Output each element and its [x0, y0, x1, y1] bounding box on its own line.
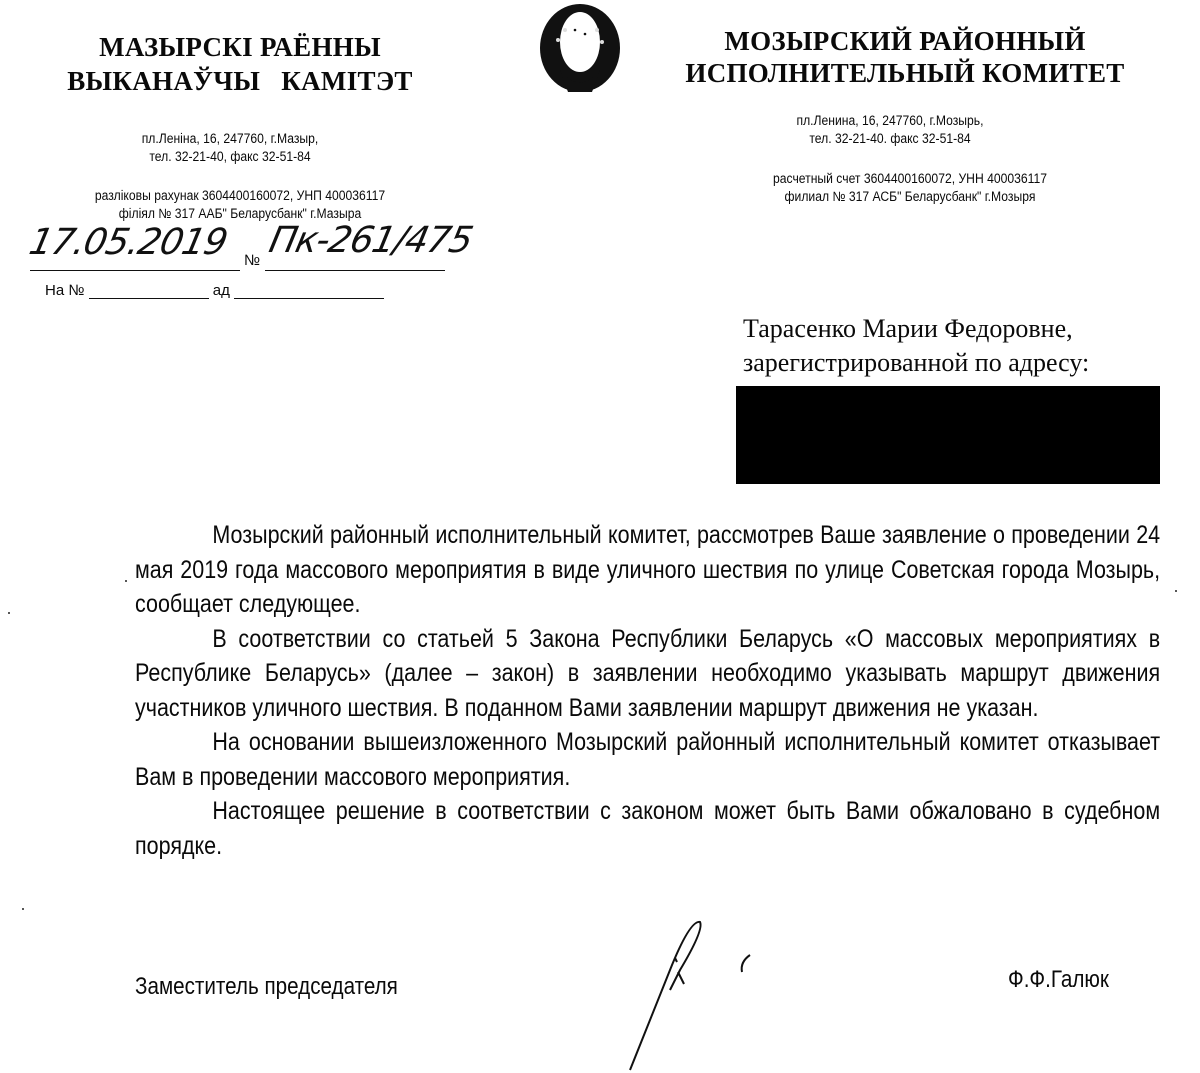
redacted-address: [736, 386, 1160, 484]
bank-account-line: разліковы рахунак 3604400160072, УНП 400…: [24, 187, 456, 205]
org-title-belarusian: МАЗЫРСКІ РАЁННЫ ВЫКАНАЎЧЫ КАМІТЭТ: [30, 30, 450, 98]
scan-speck: [1175, 590, 1177, 592]
signatory-position: Заместитель председателя: [135, 973, 398, 1001]
phone-line: тел. 32-21-40, факс 32-51-84: [59, 148, 401, 166]
org-address-russian: пл.Ленина, 16, 247760, г.Мозырь, тел. 32…: [700, 112, 1080, 148]
letter-body: Мозырский районный исполнительный комите…: [135, 518, 1160, 863]
reference-date-blank: [234, 284, 384, 299]
registration-date: 17.05.2019: [26, 222, 231, 263]
scan-speck: [8, 612, 10, 614]
reference-number-label: На №: [45, 282, 84, 299]
body-paragraph: Настоящее решение в соответствии с закон…: [135, 794, 1160, 863]
body-paragraph: Мозырский районный исполнительный комите…: [135, 518, 1160, 622]
address-line: пл.Ленина, 16, 247760, г.Мозырь,: [719, 112, 1061, 130]
org-title-line1: МОЗЫРСКИЙ РАЙОННЫЙ: [650, 25, 1160, 57]
org-bank-belarusian: разліковы рахунак 3604400160072, УНП 400…: [0, 187, 480, 223]
org-address-belarusian: пл.Леніна, 16, 247760, г.Мазыр, тел. 32-…: [40, 130, 420, 166]
scan-speck: [125, 580, 127, 582]
date-underline: [30, 270, 240, 271]
org-bank-russian: расчетный счет 3604400160072, УНН 400036…: [700, 170, 1120, 206]
bank-branch-line: филиал № 317 АСБ" Беларусбанк" г.Мозыря: [721, 188, 1099, 206]
addressee-block: Тарасенко Марии Федоровне, зарегистриров…: [743, 312, 1089, 380]
org-title-line1: МАЗЫРСКІ РАЁННЫ: [30, 30, 450, 64]
signatory-name: Ф.Ф.Галюк: [1008, 966, 1109, 994]
org-title-line2: ВЫКАНАЎЧЫ КАМІТЭТ: [30, 64, 450, 98]
address-line: пл.Леніна, 16, 247760, г.Мазыр,: [59, 130, 401, 148]
reference-row: На № ад: [45, 282, 384, 299]
number-label: №: [244, 252, 260, 269]
org-title-russian: МОЗЫРСКИЙ РАЙОННЫЙ ИСПОЛНИТЕЛЬНЫЙ КОМИТЕ…: [650, 25, 1160, 89]
state-emblem-icon: [530, 0, 630, 100]
handwritten-signature-icon: [600, 900, 800, 1073]
addressee-address-label: зарегистрированной по адресу:: [743, 346, 1089, 380]
body-paragraph: В соответствии со статьей 5 Закона Респу…: [135, 622, 1160, 726]
body-paragraph: На основании вышеизложенного Мозырский р…: [135, 725, 1160, 794]
registration-number: Пк-261/475: [266, 220, 476, 261]
scan-speck: [22, 908, 24, 910]
number-underline: [265, 270, 445, 271]
org-title-line2: ИСПОЛНИТЕЛЬНЫЙ КОМИТЕТ: [650, 57, 1160, 89]
phone-line: тел. 32-21-40. факс 32-51-84: [719, 130, 1061, 148]
reference-number-blank: [89, 284, 209, 299]
reference-date-label: ад: [213, 282, 230, 299]
addressee-name: Тарасенко Марии Федоровне,: [743, 312, 1089, 346]
bank-account-line: расчетный счет 3604400160072, УНН 400036…: [721, 170, 1099, 188]
